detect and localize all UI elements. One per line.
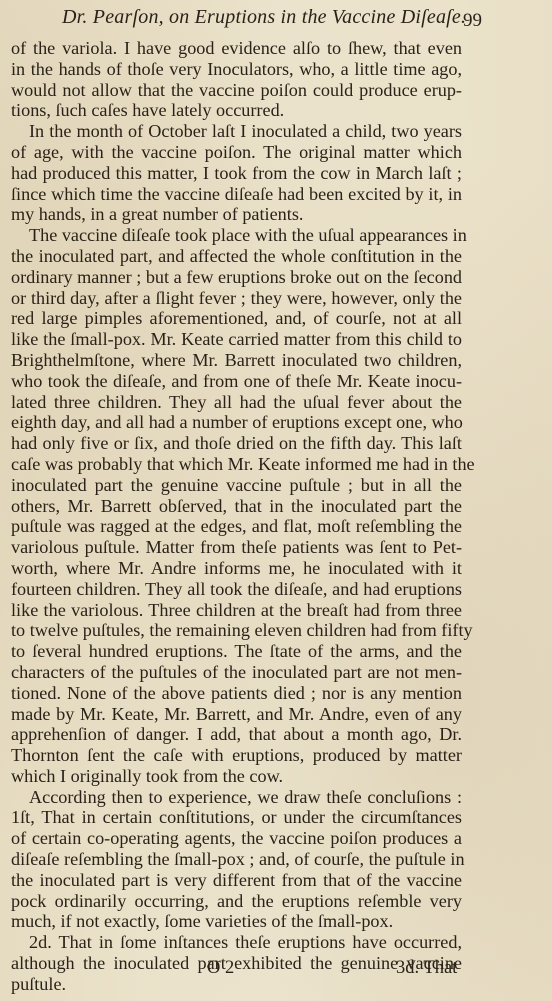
catchword: 3d. That (396, 958, 457, 979)
running-header: Dr. Pearſon, on Eruptions in the Vaccine… (62, 4, 472, 32)
text-line: like the variolous. Three children at th… (11, 600, 462, 621)
signature-mark: O 2 (207, 958, 234, 979)
text-line: pock ordinarily occurring, and the erupt… (11, 891, 462, 912)
text-line: of the variola. I have good evidence alſ… (11, 38, 462, 59)
text-line: eighth day, and all had a number of erup… (11, 412, 462, 433)
text-line: fourteen children. They all took the diſ… (11, 579, 462, 600)
text-line: variolous puſtule. Matter from theſe pat… (11, 537, 462, 558)
text-line: in the hands of thoſe very Inoculators, … (11, 59, 462, 80)
text-line: had produced this matter, I took from th… (11, 163, 462, 184)
text-line: ordinary manner ; but a few eruptions br… (11, 267, 462, 288)
body-text: of the variola. I have good evidence alſ… (11, 38, 462, 995)
text-line: 2d. That in ſome inſtances theſe eruptio… (11, 932, 462, 953)
text-line: would not allow that the vaccine poiſon … (11, 80, 462, 101)
text-line: to ſeveral hundred eruptions. The ſtate … (11, 641, 462, 662)
text-line: who took the diſeaſe, and from one of th… (11, 371, 462, 392)
running-title: Dr. Pearſon, on Eruptions in the Vaccine… (62, 6, 466, 29)
text-line: of age, with the vaccine poiſon. The ori… (11, 142, 462, 163)
text-line: the inoculated part, and affected the wh… (11, 246, 462, 267)
page-number: 99 (463, 10, 482, 32)
text-line: red large pimples aforementioned, and, o… (11, 308, 462, 329)
text-line: In the month of October laſt I inoculate… (11, 121, 462, 142)
text-line: like the ſmall-pox. Mr. Keate carried ma… (11, 329, 462, 350)
text-line: lated three children. They all had the u… (11, 392, 462, 413)
text-line: caſe was probably that which Mr. Keate i… (11, 454, 462, 475)
text-line: the inoculated part is very different fr… (11, 870, 462, 891)
text-line: 1ſt, That in certain conſtitutions, or u… (11, 807, 462, 828)
text-line: my hands, in a great number of patients. (11, 204, 462, 225)
text-line: ſince which time the vaccine diſeaſe had… (11, 184, 462, 205)
text-line: Thornton ſent the caſe with eruptions, p… (11, 745, 462, 766)
text-line: of certain co-operating agents, the vacc… (11, 828, 462, 849)
text-line: or third day, after a ſlight fever ; the… (11, 288, 462, 309)
text-line: worth, where Mr. Andre informs me, he in… (11, 558, 462, 579)
text-line: others, Mr. Barrett obſerved, that in th… (11, 496, 462, 517)
text-line: apprehenſion of danger. I add, that abou… (11, 724, 462, 745)
page-footer: O 2 3d. That (0, 958, 552, 982)
text-line: puſtule was ragged at the edges, and fla… (11, 516, 462, 537)
book-page: Dr. Pearſon, on Eruptions in the Vaccine… (0, 0, 552, 1001)
text-line: tions, ſuch caſes have lately occurred. (11, 100, 462, 121)
text-line: Brighthelmſtone, where Mr. Barrett inocu… (11, 350, 462, 371)
text-line: inoculated part the genuine vaccine puſt… (11, 475, 462, 496)
text-line: to twelve puſtules, the remaining eleven… (11, 620, 462, 641)
text-line: The vaccine diſeaſe took place with the … (11, 225, 462, 246)
text-line: which I originally took from the cow. (11, 766, 462, 787)
text-line: characters of the puſtules of the inocul… (11, 662, 462, 683)
text-line: According then to experience, we draw th… (11, 787, 462, 808)
text-line: had only five or ſix, and thoſe dried on… (11, 433, 462, 454)
text-line: diſeaſe reſembling the ſmall-pox ; and, … (11, 849, 462, 870)
text-line: made by Mr. Keate, Mr. Barrett, and Mr. … (11, 704, 462, 725)
text-line: much, if not exactly, ſome varieties of … (11, 911, 462, 932)
text-line: tioned. None of the above patients died … (11, 683, 462, 704)
